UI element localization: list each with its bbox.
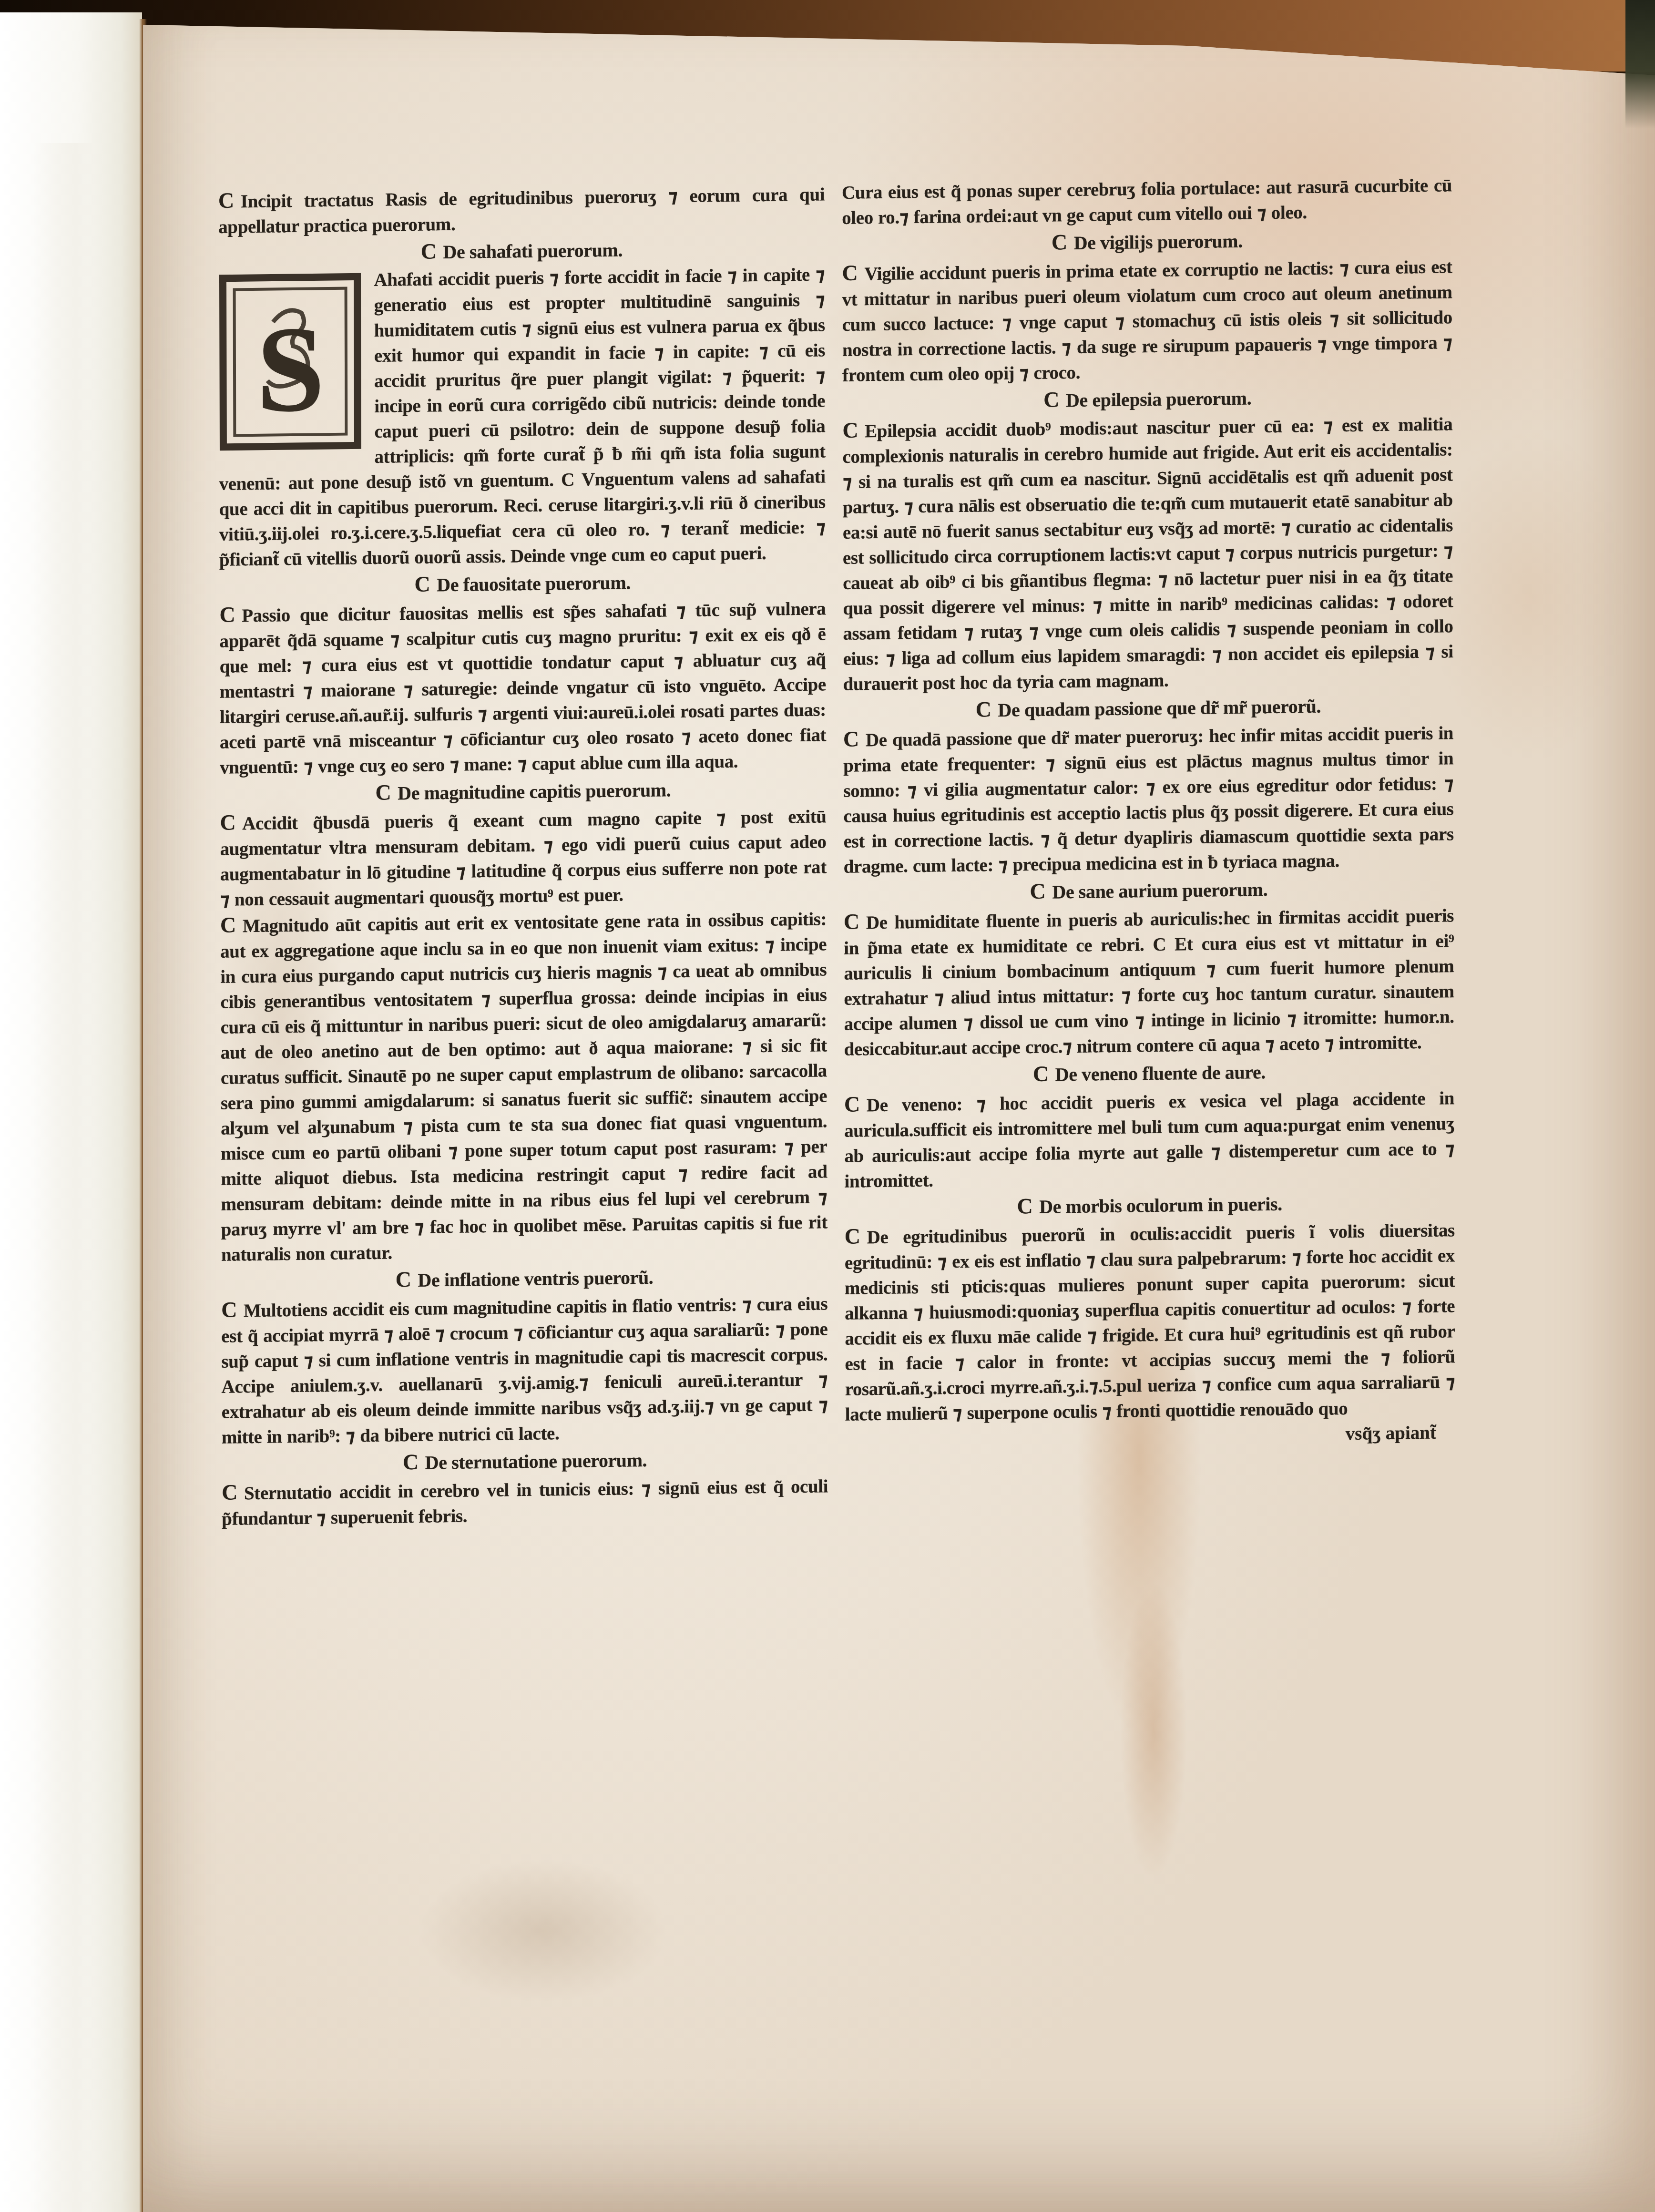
text-run: De quadā passione que dr̃ mater pueroruʒ…	[843, 723, 1454, 877]
capitulum-mark: C	[1030, 879, 1052, 904]
left-text-column: CIncipit tractatus Rasis de egritudinibu…	[218, 180, 828, 1531]
text-run: Accidit q̃busdā pueris q̃ exeant cum mag…	[220, 806, 827, 910]
capitulum-mark: C	[375, 780, 398, 805]
capitulum-mark: C	[843, 727, 866, 751]
printed-book-page: CIncipit tractatus Rasis de egritudinibu…	[143, 0, 1655, 2212]
initial-letter: S	[256, 300, 324, 438]
text-run: De fauositate puerorum.	[437, 572, 631, 595]
text-run: De magnitudine capitis puerorum.	[398, 779, 671, 804]
text-run: De veneno fluente de aure.	[1055, 1061, 1266, 1085]
right-text-column: Cura eius est q̃ ponas super cerebruʒ fo…	[842, 173, 1455, 1453]
capitulum-mark: C	[403, 1450, 425, 1475]
text-run: Epilepsia accidit duob⁹ modis:aut nascit…	[842, 414, 1453, 695]
body-paragraph: CDe quadā passione que dr̃ mater pueroru…	[843, 719, 1454, 880]
woodcut-initial-frame: S	[218, 272, 362, 451]
capitulum-mark: C	[396, 1267, 418, 1292]
text-run: De morbis oculorum in pueris.	[1039, 1193, 1282, 1218]
text-run: De vigilijs puerorum.	[1074, 230, 1243, 254]
text-run: Multotiens accidit eis cum magnitudine c…	[221, 1293, 828, 1448]
text-run: De humiditate fluente in pueris ab auric…	[844, 905, 1454, 1060]
body-paragraph: CDe egritudinibus puerorũ in oculis:acci…	[845, 1216, 1455, 1427]
dark-object-top-right	[1625, 0, 1655, 129]
capitulum-mark: C	[1043, 387, 1066, 412]
capitulum-mark: C	[421, 239, 443, 264]
capitulum-mark: C	[220, 912, 243, 937]
parchment-stain	[1120, 1583, 1187, 1878]
capitulum-mark: C	[221, 1297, 244, 1322]
text-run: De sahafati puerorum.	[443, 239, 623, 263]
body-paragraph: CVigilie accidunt pueris in prima etate …	[842, 253, 1452, 388]
parchment-stain	[1430, 429, 1630, 763]
capitulum-mark: C	[842, 418, 865, 442]
capitulum-mark: C	[414, 572, 437, 596]
body-paragraph: CPassio que dicitur fauositas mellis est…	[219, 594, 826, 780]
body-paragraph: CSternutatio accidit in cerebro vel in t…	[222, 1472, 828, 1532]
body-paragraph: CDe veneno: ⁊ hoc accidit pueris ex vesi…	[844, 1084, 1455, 1194]
parchment-stain	[419, 1859, 667, 2002]
text-run: vsq̃ʒ apiant̃	[1346, 1423, 1436, 1444]
text-run: Magnitudo aūt capitis aut erit ex ventos…	[220, 909, 827, 1265]
text-run: Vigilie accidunt pueris in prima etate e…	[842, 256, 1452, 386]
capitulum-mark: C	[1033, 1061, 1055, 1086]
capitulum-mark: C	[1052, 230, 1074, 255]
text-run: De inflatione ventris puerorũ.	[418, 1267, 653, 1291]
text-run: Passio que dicitur fauositas mellis est …	[219, 598, 826, 778]
capitulum-mark: C	[1017, 1194, 1039, 1219]
text-run: Cura eius est q̃ ponas super cerebruʒ fo…	[842, 175, 1452, 228]
text-run: De sane aurium puerorum.	[1052, 879, 1267, 903]
woodcut-initial-s: S	[218, 272, 362, 451]
text-run: De sternutatione puerorum.	[425, 1449, 647, 1474]
capitulum-mark: C	[220, 810, 242, 835]
capitulum-mark: C	[845, 1224, 867, 1249]
body-paragraph: CMultotiens accidit eis cum magnitudine …	[221, 1290, 828, 1450]
two-column-text-block: CIncipit tractatus Rasis de egritudinibu…	[218, 173, 1458, 188]
capitulum-mark: C	[219, 602, 242, 627]
book-photograph: CIncipit tractatus Rasis de egritudinibu…	[0, 0, 1655, 2212]
body-paragraph: CEpilepsia accidit duob⁹ modis:aut nasci…	[842, 410, 1453, 697]
text-run: De veneno: ⁊ hoc accidit pueris ex vesic…	[844, 1088, 1454, 1192]
capitulum-mark: C	[842, 260, 864, 285]
text-run: De egritudinibus puerorũ in oculis:accid…	[845, 1220, 1455, 1425]
body-paragraph: Cura eius est q̃ ponas super cerebruʒ fo…	[842, 173, 1452, 231]
capitulum-mark: C	[844, 909, 866, 934]
capitulum-mark: C	[222, 1480, 244, 1505]
opening-paragraph: SAhafati accidit pueris ⁊ forte accidit …	[218, 262, 826, 573]
text-run: De epilepsia puerorum.	[1066, 387, 1251, 411]
text-run: Incipit tractatus Rasis de egritudinibus…	[218, 184, 825, 237]
body-paragraph: CMagnitudo aūt capitis aut erit ex vento…	[220, 905, 827, 1268]
body-paragraph: CIncipit tractatus Rasis de egritudinibu…	[218, 180, 825, 240]
body-paragraph: CDe humiditate fluente in pueris ab auri…	[844, 901, 1454, 1062]
capitulum-mark: C	[844, 1092, 867, 1116]
text-run: De quadam passione que dr̃ mr̃ puerorũ.	[998, 696, 1321, 721]
facing-page-edge-highlight	[33, 143, 105, 2212]
capitulum-mark: C	[976, 697, 998, 722]
body-paragraph: CAccidit q̃busdā pueris q̃ exeant cum ma…	[220, 802, 827, 912]
capitulum-mark: C	[218, 188, 241, 213]
text-run: Sternutatio accidit in cerebro vel in tu…	[222, 1476, 828, 1529]
